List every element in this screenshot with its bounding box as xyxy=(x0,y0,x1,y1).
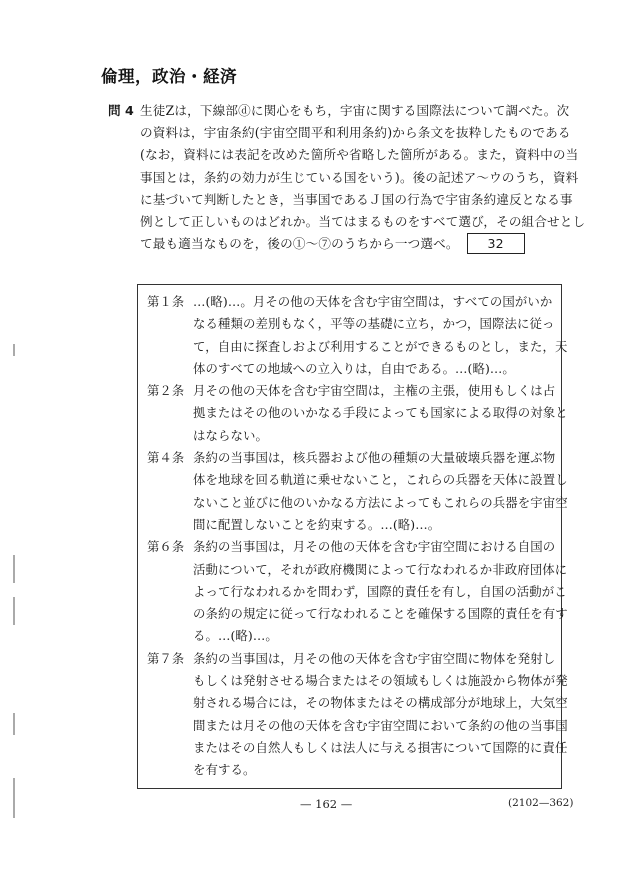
question-line: て最も適当なものを，後の①～⑦のうちから一つ選べ。32 xyxy=(140,233,560,255)
article-line: はならない。 xyxy=(193,425,552,447)
article-line: ないこと並びに他のいかなる方法によってもこれらの兵器を宇宙空 xyxy=(193,492,552,514)
article-line: 月その他の天体を含む宇宙空間は，主権の主張，使用もしくは占 xyxy=(193,380,552,402)
article-line: もしくは発射させる場合またはその領域もしくは施設から物体が発 xyxy=(193,670,552,692)
page-number: — 162 — xyxy=(300,797,352,811)
article-line: 射される場合には，その物体またはその構成部分が地球上，大気空 xyxy=(193,692,552,714)
article-label: 第７条 xyxy=(147,648,184,670)
margin-mark xyxy=(13,713,15,735)
article-line: 条約の当事国は，月その他の天体を含む宇宙空間における自国の xyxy=(193,536,552,558)
question-line: 例として正しいものはどれか。当てはまるものをすべて選び，その組合せとし xyxy=(140,211,560,233)
article-line: なる種類の差別もなく，平等の基礎に立ち，かつ，国際法に従っ xyxy=(193,313,552,335)
answer-box: 32 xyxy=(467,233,525,254)
article-label: 第６条 xyxy=(147,536,184,558)
question-line: に基づいて判断したとき，当事国であるＪ国の行為で宇宙条約違反となる事 xyxy=(140,189,560,211)
question-line-text: て最も適当なものを，後の①～⑦のうちから一つ選べ。 xyxy=(140,236,459,251)
article-line: 間に配置しないことを約束する。…(略)…。 xyxy=(193,514,552,536)
article-line: またはその自然人もしくは法人に与える損害について国際的に責任 xyxy=(193,737,552,759)
article-4: 第４条 条約の当事国は，核兵器および他の種類の大量破壊兵器を運ぶ物 体を地球を回… xyxy=(147,447,552,536)
article-line: 拠またはその他のいかなる手段によっても国家による取得の対象と xyxy=(193,402,552,424)
question-text: 生徒Zは，下線部ⓓに関心をもち，宇宙に関する国際法について調べた。次 の資料は，… xyxy=(140,100,560,255)
question-line: 事国とは，条約の効力が生じている国をいう)。後の記述ア～ウのうち，資料 xyxy=(140,167,560,189)
question-line: 生徒Zは，下線部ⓓに関心をもち，宇宙に関する国際法について調べた。次 xyxy=(140,100,560,122)
article-2: 第２条 月その他の天体を含む宇宙空間は，主権の主張，使用もしくは占 拠またはその… xyxy=(147,380,552,447)
article-label: 第４条 xyxy=(147,447,184,469)
question-line: の資料は，宇宙条約(宇宙空間平和利用条約)から条文を抜粋したものである xyxy=(140,122,560,144)
question-block: 問 4 生徒Zは，下線部ⓓに関心をもち，宇宙に関する国際法について調べた。次 の… xyxy=(108,100,560,255)
margin-mark xyxy=(13,555,15,583)
article-line: 体のすべての地域への立入りは，自由である。…(略)…。 xyxy=(193,358,552,380)
margin-mark xyxy=(13,344,15,356)
subject-title: 倫理，政治・経済 xyxy=(101,63,237,87)
article-1: 第１条 …(略)…。月その他の天体を含む宇宙空間は，すべての国がいか なる種類の… xyxy=(147,291,552,380)
article-6: 第６条 条約の当事国は，月その他の天体を含む宇宙空間における自国の 活動について… xyxy=(147,536,552,647)
margin-mark xyxy=(13,778,15,818)
question-number: 問 4 xyxy=(108,100,134,122)
article-line: よって行なわれるかを問わず，国際的責任を有し，自国の活動がこ xyxy=(193,581,552,603)
article-line: 活動について，それが政府機関によって行なわれるか非政府団体に xyxy=(193,559,552,581)
article-line: を有する。 xyxy=(193,759,552,781)
article-list: 第１条 …(略)…。月その他の天体を含む宇宙空間は，すべての国がいか なる種類の… xyxy=(147,291,552,782)
article-line: の条約の規定に従って行なわれることを確保する国際的責任を有す xyxy=(193,603,552,625)
article-label: 第１条 xyxy=(147,291,184,313)
article-label: 第２条 xyxy=(147,380,184,402)
article-line: る。…(略)…。 xyxy=(193,625,552,647)
question-line: (なお，資料には表記を改めた箇所や省略した箇所がある。また，資料中の当 xyxy=(140,144,560,166)
article-line: 体を地球を回る軌道に乗せないこと，これらの兵器を天体に設置し xyxy=(193,469,552,491)
article-line: 条約の当事国は，核兵器および他の種類の大量破壊兵器を運ぶ物 xyxy=(193,447,552,469)
margin-mark xyxy=(13,597,15,625)
article-line: 条約の当事国は，月その他の天体を含む宇宙空間に物体を発射し xyxy=(193,648,552,670)
article-line: て，自由に探査しおよび利用することができるものとし，また，天 xyxy=(193,336,552,358)
article-7: 第７条 条約の当事国は，月その他の天体を含む宇宙空間に物体を発射し もしくは発射… xyxy=(147,648,552,782)
article-line: …(略)…。月その他の天体を含む宇宙空間は，すべての国がいか xyxy=(193,291,552,313)
article-line: 間または月その他の天体を含む宇宙空間において条約の他の当事国 xyxy=(193,715,552,737)
exam-code: (2102—362) xyxy=(508,797,573,809)
